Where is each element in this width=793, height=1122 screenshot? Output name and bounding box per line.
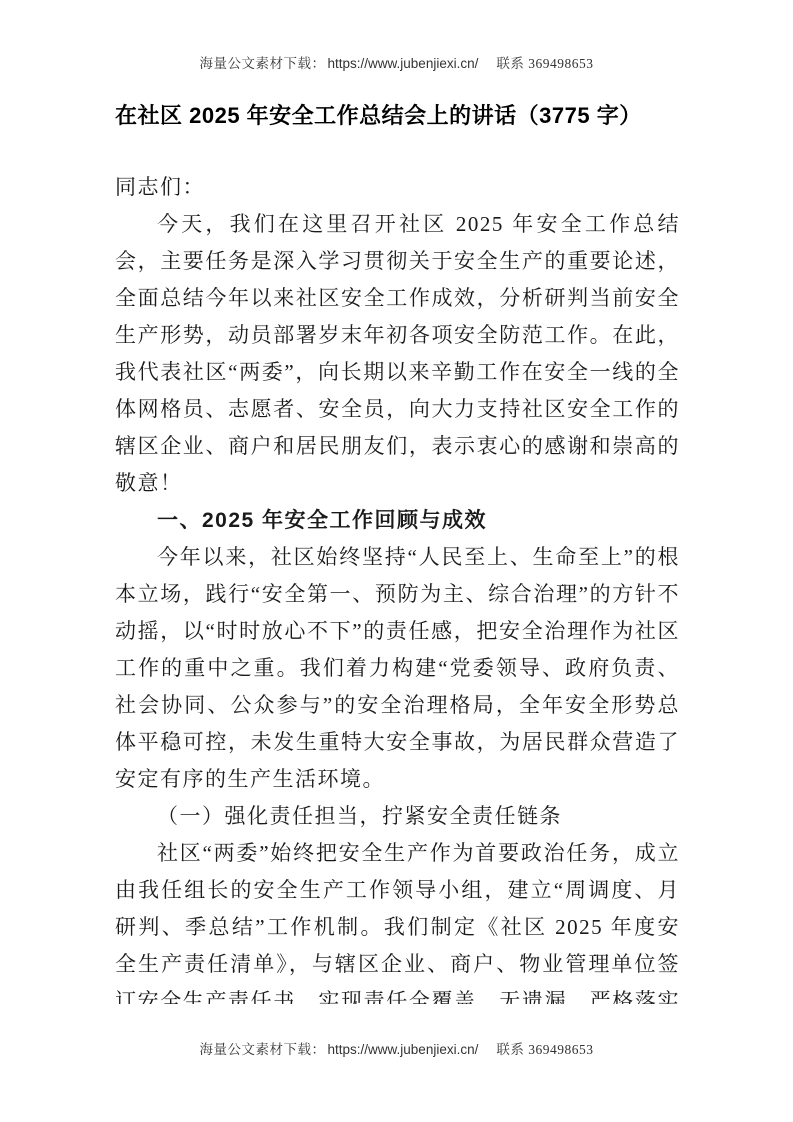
header-contact-text: 联系 369498653 <box>482 56 593 71</box>
page-footer: 海量公文素材下载：https://www.jubenjiexi.cn/联系 36… <box>0 1038 793 1058</box>
document-page: 海量公文素材下载：https://www.jubenjiexi.cn/联系 36… <box>0 0 793 1122</box>
salutation-line: 同志们： <box>115 169 680 206</box>
header-url-text: https://www.jubenjiexi.cn/ <box>326 56 483 71</box>
section-subheading-1: （一）强化责任担当，拧紧安全责任链条 <box>115 798 680 835</box>
section-heading-1: 一、2025 年安全工作回顾与成效 <box>115 502 680 539</box>
footer-source-label: 海量公文素材下载： <box>200 1042 326 1057</box>
document-title: 在社区 2025 年安全工作总结会上的讲话（3775 字） <box>115 99 680 133</box>
footer-url-text: https://www.jubenjiexi.cn/ <box>326 1042 483 1057</box>
body-paragraph: 社区“两委”始终把安全生产作为首要政治任务，成立由我任组长的安全生产工作领导小组… <box>115 835 680 1004</box>
footer-contact-text: 联系 369498653 <box>482 1042 593 1057</box>
document-body: 同志们： 今天，我们在这里召开社区 2025 年安全工作总结会，主要任务是深入学… <box>115 169 680 1004</box>
body-paragraph: 今天，我们在这里召开社区 2025 年安全工作总结会，主要任务是深入学习贯彻关于… <box>115 206 680 502</box>
body-paragraph: 今年以来，社区始终坚持“人民至上、生命至上”的根本立场，践行“安全第一、预防为主… <box>115 539 680 798</box>
page-header: 海量公文素材下载：https://www.jubenjiexi.cn/联系 36… <box>0 52 793 72</box>
header-source-label: 海量公文素材下载： <box>200 56 326 71</box>
